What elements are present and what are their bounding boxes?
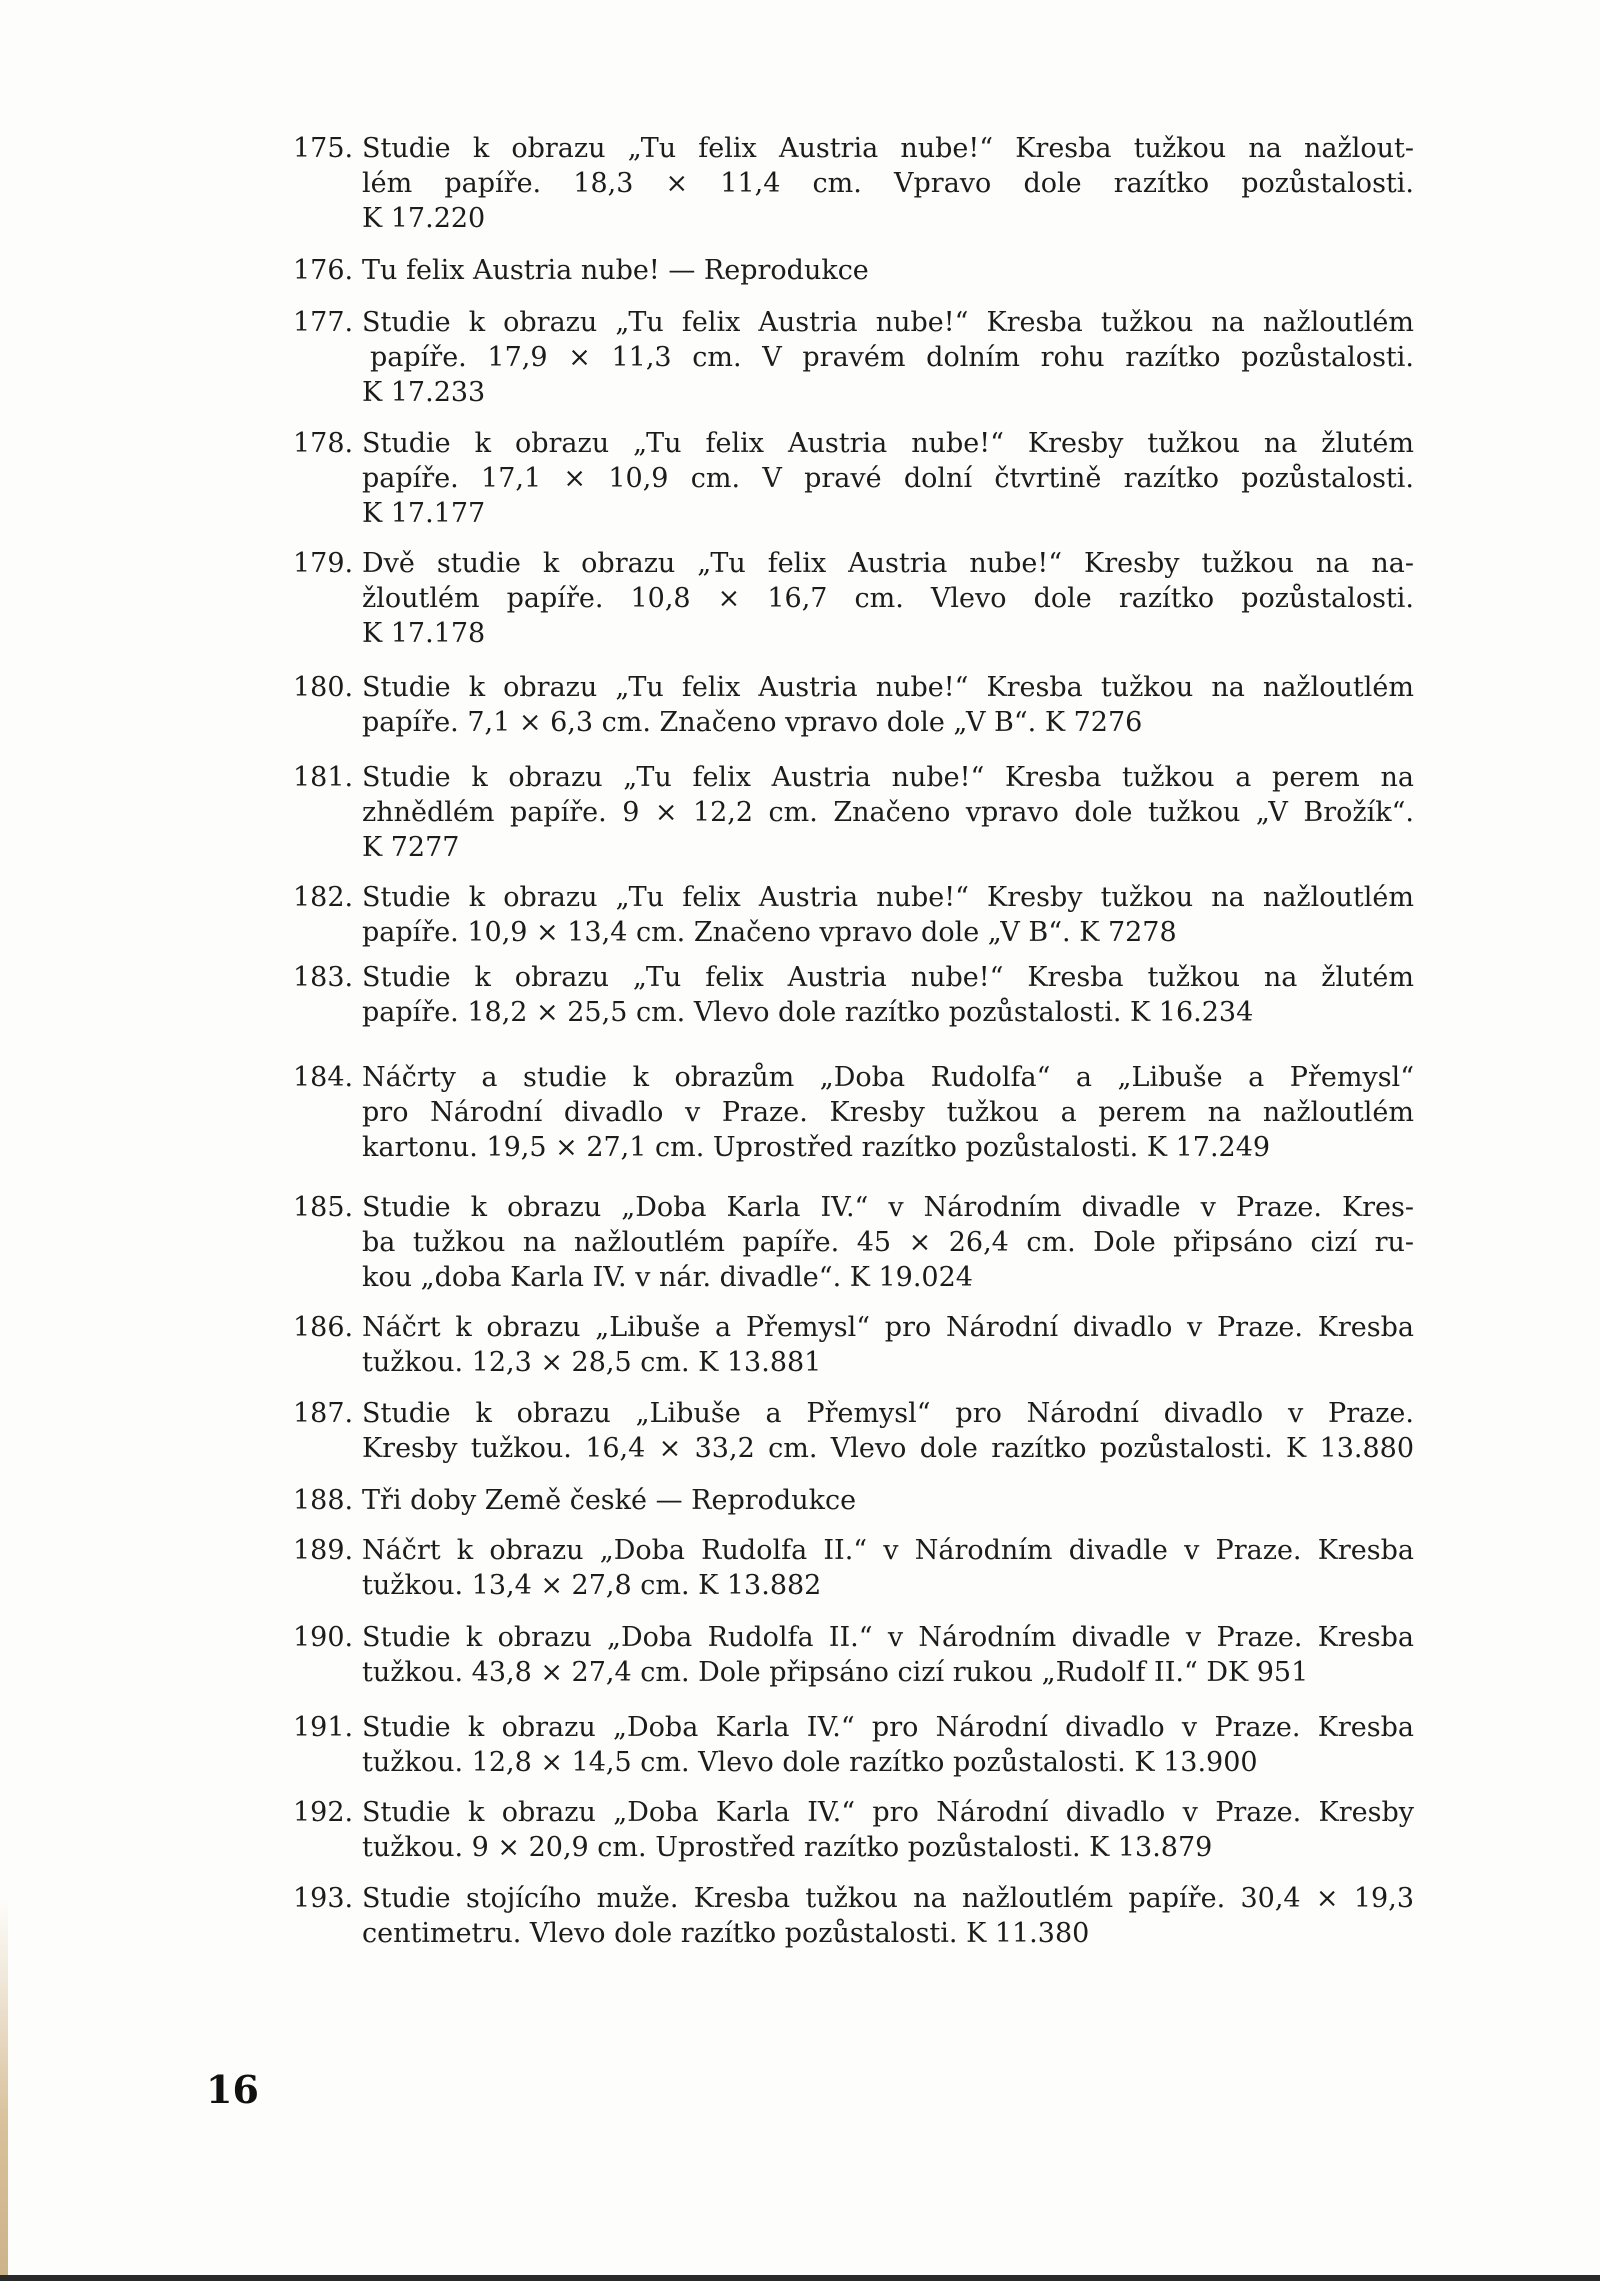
- entry-line: papíře. 10,9 × 13,4 cm. Značeno vpravo d…: [362, 915, 1414, 950]
- catalog-entry-190: 190. Studie k obrazu „Doba Rudolfa II.“ …: [293, 1620, 1414, 1690]
- entry-line: kou „doba Karla IV. v nár. divadle“. K 1…: [362, 1260, 1414, 1295]
- entry-text: Náčrt k obrazu „Doba Rudolfa II.“ v Náro…: [362, 1533, 1414, 1603]
- entry-text: Náčrty a studie k obrazům „Doba Rudolfa“…: [362, 1060, 1414, 1165]
- entry-line: Studie k obrazu „Doba Rudolfa II.“ v Nár…: [362, 1620, 1414, 1655]
- entry-text: Dvě studie k obrazu „Tu felix Austria nu…: [362, 546, 1414, 651]
- entry-line: papíře. 17,9 × 11,3 cm. V pravém dolním …: [362, 340, 1414, 375]
- catalog-entry-187: 187. Studie k obrazu „Libuše a Přemysl“ …: [293, 1396, 1414, 1466]
- entry-line: Náčrty a studie k obrazům „Doba Rudolfa“…: [362, 1060, 1414, 1095]
- entry-line: Studie k obrazu „Tu felix Austria nube!“…: [362, 960, 1414, 995]
- entry-number: 178.: [293, 426, 362, 461]
- entry-number: 193.: [293, 1881, 362, 1916]
- catalog-entry-185: 185. Studie k obrazu „Doba Karla IV.“ v …: [293, 1190, 1414, 1295]
- entry-number: 187.: [293, 1396, 362, 1431]
- entry-number: 188.: [293, 1483, 362, 1518]
- catalog-entry-192: 192. Studie k obrazu „Doba Karla IV.“ pr…: [293, 1795, 1414, 1865]
- entry-line: papíře. 7,1 × 6,3 cm. Značeno vpravo dol…: [362, 705, 1414, 740]
- entry-line: Studie k obrazu „Tu felix Austria nube!“…: [362, 305, 1414, 340]
- entry-text: Tu felix Austria nube! — Reprodukce: [362, 253, 1414, 288]
- entry-text: Náčrt k obrazu „Libuše a Přemysl“ pro Ná…: [362, 1310, 1414, 1380]
- entry-line: K 17.178: [362, 616, 1414, 651]
- entry-text: Studie k obrazu „Doba Rudolfa II.“ v Nár…: [362, 1620, 1414, 1690]
- entry-text: Studie k obrazu „Tu felix Austria nube!“…: [362, 670, 1414, 740]
- entry-number: 179.: [293, 546, 362, 581]
- entry-text: Studie stojícího muže. Kresba tužkou na …: [362, 1881, 1414, 1951]
- catalog-entry-176: 176. Tu felix Austria nube! — Reprodukce: [293, 253, 1414, 288]
- entry-line: Studie k obrazu „Doba Karla IV.“ v Národ…: [362, 1190, 1414, 1225]
- entry-number: 192.: [293, 1795, 362, 1830]
- entry-number: 180.: [293, 670, 362, 705]
- entry-line: tužkou. 12,3 × 28,5 cm. K 13.881: [362, 1345, 1414, 1380]
- entry-line: tužkou. 9 × 20,9 cm. Uprostřed razítko p…: [362, 1830, 1414, 1865]
- catalog-entry-184: 184. Náčrty a studie k obrazům „Doba Rud…: [293, 1060, 1414, 1165]
- entry-number: 185.: [293, 1190, 362, 1225]
- entry-line: tužkou. 13,4 × 27,8 cm. K 13.882: [362, 1568, 1414, 1603]
- entry-line: Studie k obrazu „Tu felix Austria nube!“…: [362, 426, 1414, 461]
- entry-number: 177.: [293, 305, 362, 340]
- entry-line: Dvě studie k obrazu „Tu felix Austria nu…: [362, 546, 1414, 581]
- catalog-entry-178: 178. Studie k obrazu „Tu felix Austria n…: [293, 426, 1414, 531]
- entry-line: centimetru. Vlevo dole razítko pozůstalo…: [362, 1916, 1414, 1951]
- entry-line: Studie k obrazu „Tu felix Austria nube!“…: [362, 880, 1414, 915]
- entry-line: Studie k obrazu „Doba Karla IV.“ pro Nár…: [362, 1795, 1414, 1830]
- entry-text: Studie k obrazu „Doba Karla IV.“ pro Nár…: [362, 1710, 1414, 1780]
- entry-text: Studie k obrazu „Tu felix Austria nube!“…: [362, 960, 1414, 1030]
- catalog-entry-177: 177. Studie k obrazu „Tu felix Austria n…: [293, 305, 1414, 410]
- entry-text: Tři doby Země české — Reprodukce: [362, 1483, 1414, 1518]
- catalog-entry-175: 175. Studie k obrazu „Tu felix Austria n…: [293, 131, 1414, 236]
- catalog-entry-186: 186. Náčrt k obrazu „Libuše a Přemysl“ p…: [293, 1310, 1414, 1380]
- entry-number: 183.: [293, 960, 362, 995]
- entry-number: 189.: [293, 1533, 362, 1568]
- entry-text: Studie k obrazu „Tu felix Austria nube!“…: [362, 760, 1414, 865]
- entry-line: Studie k obrazu „Doba Karla IV.“ pro Nár…: [362, 1710, 1414, 1745]
- entry-number: 190.: [293, 1620, 362, 1655]
- page-number: 16: [206, 2070, 259, 2110]
- entry-line: Studie k obrazu „Libuše a Přemysl“ pro N…: [362, 1396, 1414, 1431]
- entry-number: 182.: [293, 880, 362, 915]
- entry-number: 176.: [293, 253, 362, 288]
- entry-line: Tři doby Země české — Reprodukce: [362, 1483, 1414, 1518]
- entry-text: Studie k obrazu „Doba Karla IV.“ v Národ…: [362, 1190, 1414, 1295]
- catalog-entry-191: 191. Studie k obrazu „Doba Karla IV.“ pr…: [293, 1710, 1414, 1780]
- entry-line: papíře. 18,2 × 25,5 cm. Vlevo dole razít…: [362, 995, 1414, 1030]
- catalog-entry-188: 188. Tři doby Země české — Reprodukce: [293, 1483, 1414, 1518]
- entry-line: papíře. 17,1 × 10,9 cm. V pravé dolní čt…: [362, 461, 1414, 496]
- catalog-list: 175. Studie k obrazu „Tu felix Austria n…: [0, 0, 1600, 2281]
- entry-line: K 17.233: [362, 375, 1414, 410]
- entry-line: K 17.177: [362, 496, 1414, 531]
- catalog-entry-180: 180. Studie k obrazu „Tu felix Austria n…: [293, 670, 1414, 740]
- entry-text: Studie k obrazu „Tu felix Austria nube!“…: [362, 131, 1414, 236]
- entry-line: pro Národní divadlo v Praze. Kresby tužk…: [362, 1095, 1414, 1130]
- catalog-entry-179: 179. Dvě studie k obrazu „Tu felix Austr…: [293, 546, 1414, 651]
- entry-line: žloutlém papíře. 10,8 × 16,7 cm. Vlevo d…: [362, 581, 1414, 616]
- entry-number: 184.: [293, 1060, 362, 1095]
- entry-line: tužkou. 43,8 × 27,4 cm. Dole připsáno ci…: [362, 1655, 1414, 1690]
- entry-text: Studie k obrazu „Tu felix Austria nube!“…: [362, 880, 1414, 950]
- catalog-entry-182: 182. Studie k obrazu „Tu felix Austria n…: [293, 880, 1414, 950]
- entry-line: K 7277: [362, 830, 1414, 865]
- entry-line: Studie stojícího muže. Kresba tužkou na …: [362, 1881, 1414, 1916]
- entry-text: Studie k obrazu „Doba Karla IV.“ pro Nár…: [362, 1795, 1414, 1865]
- entry-number: 191.: [293, 1710, 362, 1745]
- catalog-entry-193: 193. Studie stojícího muže. Kresba tužko…: [293, 1881, 1414, 1951]
- entry-line: Studie k obrazu „Tu felix Austria nube!“…: [362, 760, 1414, 795]
- entry-line: Studie k obrazu „Tu felix Austria nube!“…: [362, 670, 1414, 705]
- entry-line: zhnědlém papíře. 9 × 12,2 cm. Značeno vp…: [362, 795, 1414, 830]
- entry-line: kartonu. 19,5 × 27,1 cm. Uprostřed razít…: [362, 1130, 1414, 1165]
- entry-line: Tu felix Austria nube! — Reprodukce: [362, 253, 1414, 288]
- entry-line: K 17.220: [362, 201, 1414, 236]
- entry-line: Kresby tužkou. 16,4 × 33,2 cm. Vlevo dol…: [362, 1431, 1414, 1466]
- catalog-entry-183: 183. Studie k obrazu „Tu felix Austria n…: [293, 960, 1414, 1030]
- entry-line: lém papíře. 18,3 × 11,4 cm. Vpravo dole …: [362, 166, 1414, 201]
- entry-line: ba tužkou na nažloutlém papíře. 45 × 26,…: [362, 1225, 1414, 1260]
- entry-number: 186.: [293, 1310, 362, 1345]
- entry-line: tužkou. 12,8 × 14,5 cm. Vlevo dole razít…: [362, 1745, 1414, 1780]
- entry-text: Studie k obrazu „Tu felix Austria nube!“…: [362, 305, 1414, 410]
- catalog-entry-189: 189. Náčrt k obrazu „Doba Rudolfa II.“ v…: [293, 1533, 1414, 1603]
- entry-number: 175.: [293, 131, 362, 166]
- entry-text: Studie k obrazu „Tu felix Austria nube!“…: [362, 426, 1414, 531]
- entry-line: Studie k obrazu „Tu felix Austria nube!“…: [362, 131, 1414, 166]
- entry-line: Náčrt k obrazu „Libuše a Přemysl“ pro Ná…: [362, 1310, 1414, 1345]
- entry-number: 181.: [293, 760, 362, 795]
- entry-line: Náčrt k obrazu „Doba Rudolfa II.“ v Náro…: [362, 1533, 1414, 1568]
- catalog-entry-181: 181. Studie k obrazu „Tu felix Austria n…: [293, 760, 1414, 865]
- entry-text: Studie k obrazu „Libuše a Přemysl“ pro N…: [362, 1396, 1414, 1466]
